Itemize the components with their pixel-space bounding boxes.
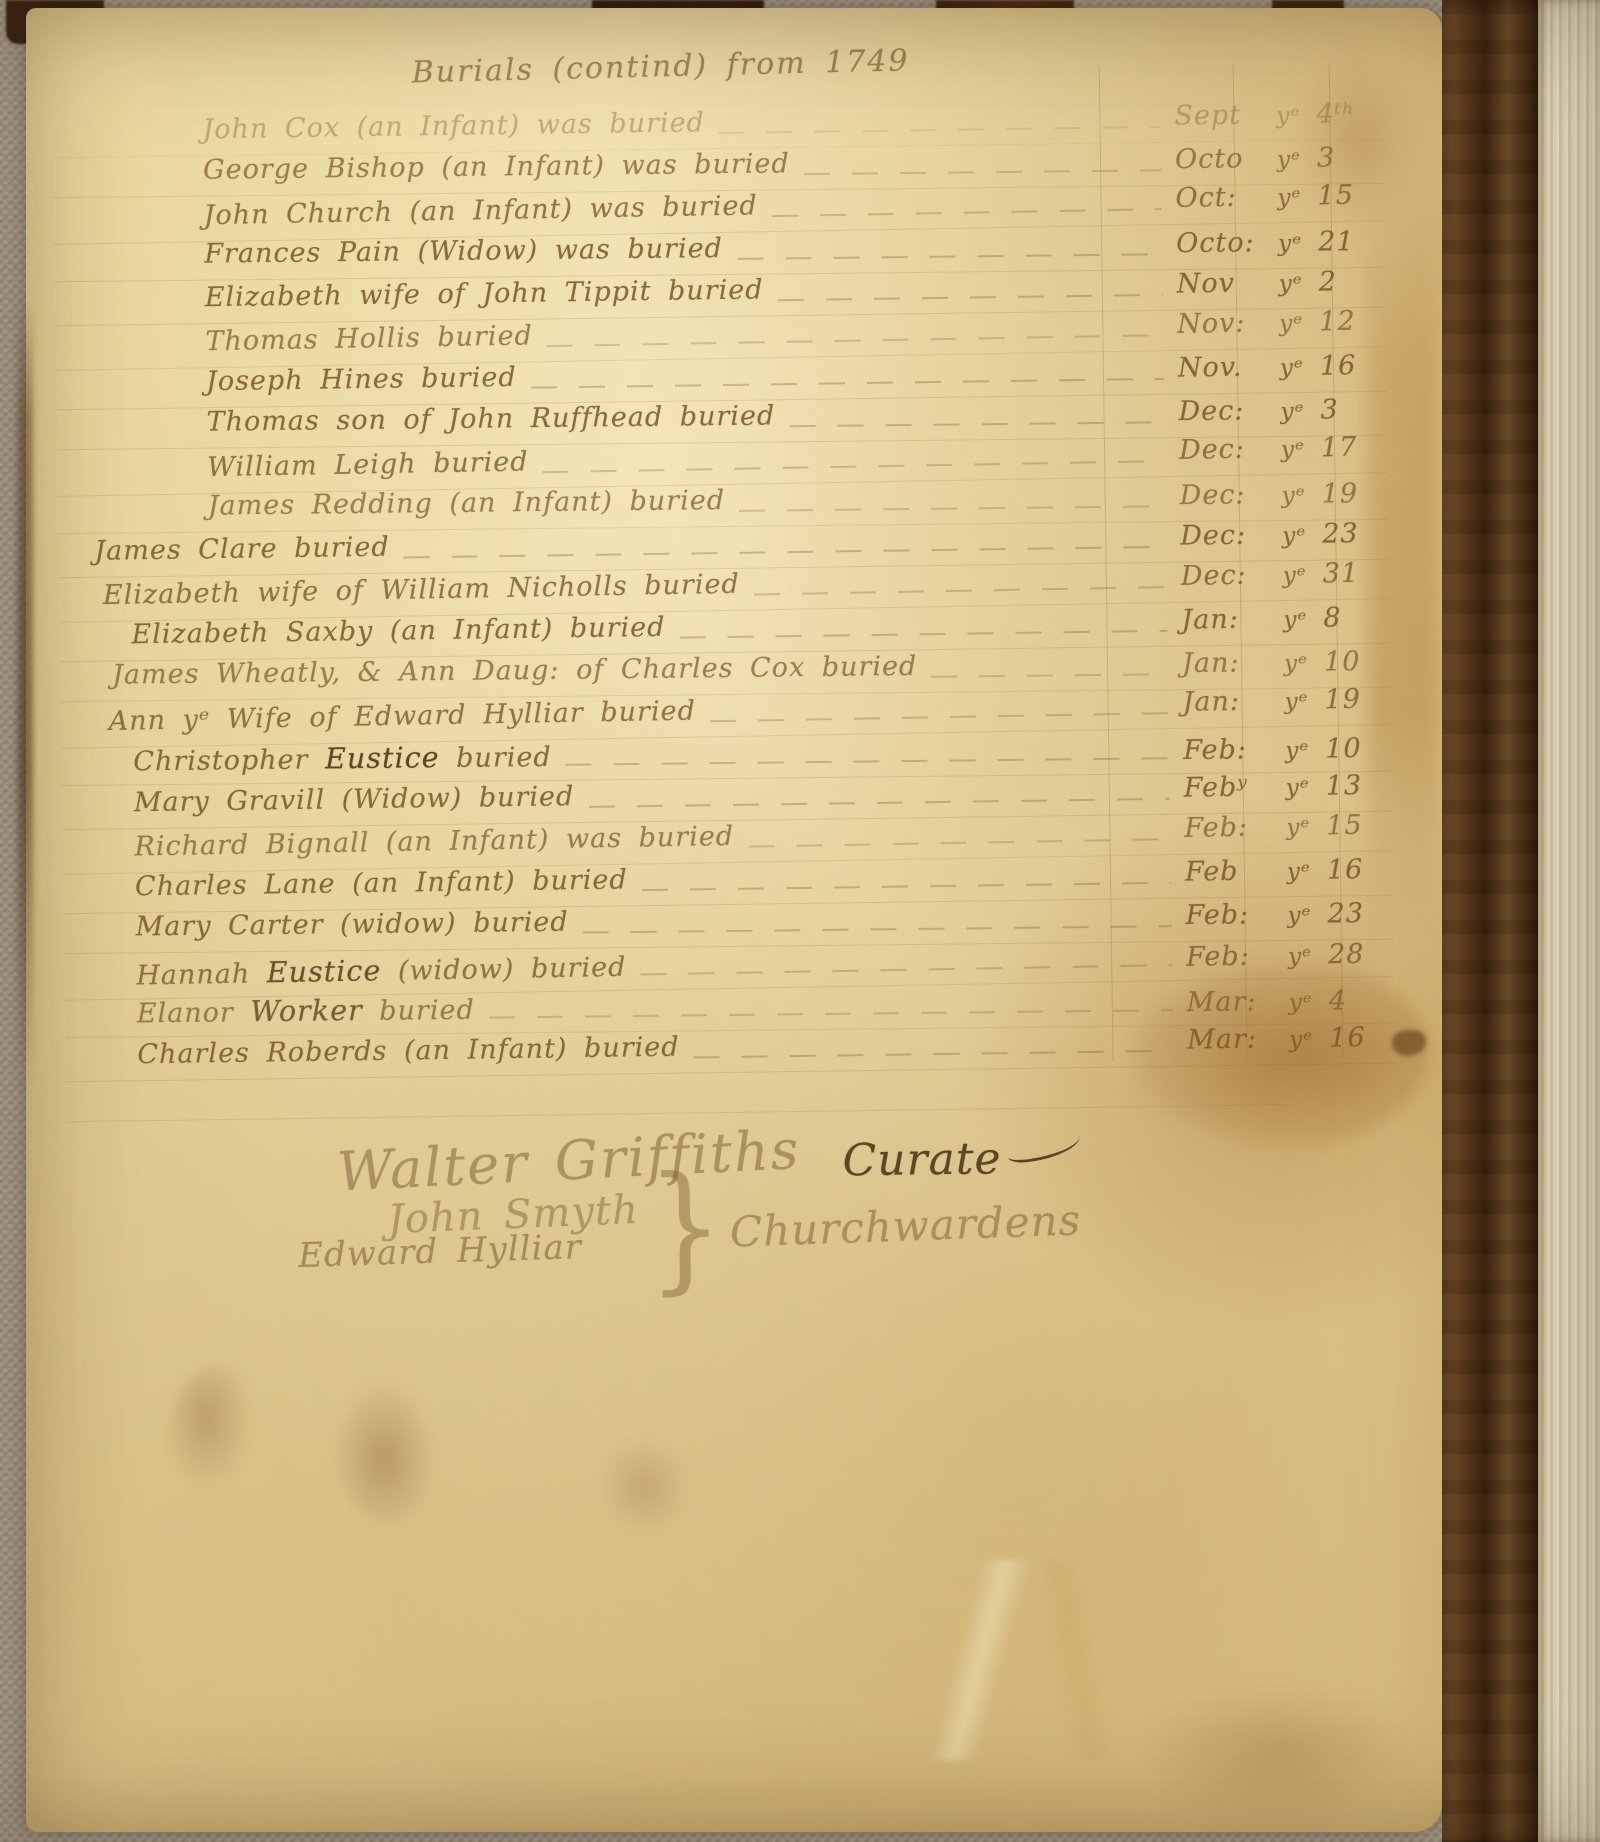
entry-day: 2 [1319, 266, 1385, 298]
entry-name: Elizabeth wife of John Tippit buried [205, 274, 764, 313]
entry-dash-filler [588, 797, 1169, 807]
entry-ye-abbrev: yᵉ [1283, 562, 1323, 589]
entry-name: Elanor Worker buried [137, 992, 475, 1030]
churchwarden-signature: Edward Hylliar [298, 1225, 640, 1276]
brace-glyph: } [646, 1166, 725, 1291]
entry-dash-filler [719, 125, 1161, 133]
entry-name: Christopher Eustice buried [133, 739, 552, 778]
entry-ye-abbrev: yᵉ [1277, 184, 1317, 211]
entry-month: Jan: [1181, 603, 1283, 635]
entry-ye-abbrev: yᵉ [1282, 523, 1322, 550]
curate-title: Curate [842, 1133, 1002, 1186]
overwritten-word: Eustice [325, 740, 440, 775]
entry-dash-filler [931, 673, 1168, 678]
entry-month: Dec: [1179, 433, 1282, 466]
burial-register: John Cox (an Infant) was buriedSeptyᵉ4ᵗʰ… [52, 98, 1395, 1082]
entry-dash-filler [547, 334, 1164, 347]
entry-name: Joseph Hines buried [206, 362, 517, 397]
entry-dash-filler [543, 460, 1166, 473]
entry-ye-abbrev: yᵉ [1285, 738, 1325, 764]
entry-day: 19 [1322, 478, 1388, 510]
entry-name: William Leigh buried [207, 446, 529, 483]
entry-day: 16 [1329, 1022, 1395, 1054]
entry-ye-abbrev: yᵉ [1282, 483, 1322, 509]
entry-ye-abbrev: yᵉ [1279, 271, 1319, 298]
entry-name: Thomas Hollis buried [205, 320, 533, 357]
entry-ye-abbrev: yᵉ [1280, 399, 1320, 425]
overwritten-word: Worker [250, 993, 363, 1028]
entry-day: 16 [1327, 854, 1393, 886]
entry-ye-abbrev: yᵉ [1284, 651, 1324, 677]
entry-day: 3 [1320, 394, 1386, 426]
entry-day: 3 [1317, 142, 1383, 174]
entry-ye-abbrev: yᵉ [1281, 436, 1321, 463]
entry-name: John Cox (an Infant) was buried [202, 107, 705, 145]
entry-ye-abbrev: yᵉ [1287, 902, 1327, 928]
entry-ye-abbrev: yᵉ [1286, 775, 1326, 802]
entry-month: Feb [1185, 855, 1287, 887]
page-content: Burials (contind) from 1749 John Cox (an… [51, 37, 1398, 1291]
entry-month: Feb: [1186, 940, 1289, 973]
entry-day: 16 [1320, 350, 1386, 382]
entry-dash-filler [642, 881, 1171, 890]
entry-month: Oct: [1175, 181, 1278, 214]
entry-day: 28 [1328, 938, 1395, 970]
entry-month: Febʸ [1184, 771, 1286, 803]
entry-name: James Redding (an Infant) buried [208, 485, 726, 522]
entry-name: Mary Gravill (Widow) buried [134, 781, 575, 818]
entry-month: Mar: [1187, 986, 1289, 1018]
entry-name: George Bishop (an Infant) was buried [203, 148, 790, 185]
entry-name: James Clare buried [94, 532, 390, 567]
entry-name: Ann yᵉ Wife of Edward Hylliar buried [108, 696, 696, 737]
churchwardens-label: Churchwardens [730, 1195, 1083, 1256]
entry-dash-filler [789, 421, 1164, 427]
entry-dash-filler [641, 964, 1173, 975]
entry-day: 12 [1319, 305, 1386, 337]
entry-dash-filler [583, 925, 1172, 933]
entry-day: 4 [1329, 985, 1395, 1017]
entry-ye-abbrev: yᵉ [1278, 231, 1318, 257]
entry-day: 19 [1324, 683, 1391, 715]
entry-ye-abbrev: yᵉ [1279, 310, 1319, 337]
entry-dash-filler [694, 1049, 1174, 1058]
entry-day: 10 [1325, 733, 1391, 765]
entry-ye-abbrev: yᵉ [1289, 989, 1329, 1015]
entry-name: Hannah Eustice (widow) buried [136, 949, 627, 992]
entry-month: Jan: [1182, 647, 1284, 679]
entry-day: 23 [1327, 898, 1393, 930]
entry-dash-filler [772, 208, 1162, 217]
entry-month: Jan: [1182, 685, 1285, 718]
entry-name: Charles Roberds (an Infant) buried [137, 1032, 680, 1071]
entry-month: Feb: [1185, 899, 1287, 931]
entry-dash-filler [404, 545, 1167, 558]
entry-name: Charles Lane (an Infant) buried [135, 864, 628, 902]
entry-day: 15 [1326, 809, 1393, 841]
entry-ye-abbrev: yᵉ [1284, 688, 1324, 715]
entry-name: Thomas son of John Ruffhead buried [206, 400, 775, 437]
entry-ye-abbrev: yᵉ [1283, 607, 1323, 634]
entry-month: Dec: [1180, 519, 1282, 551]
entry-day: 10 [1324, 646, 1390, 678]
entry-month: Octo: [1176, 227, 1278, 259]
entry-name: Elizabeth Saxby (an Infant) buried [131, 612, 665, 650]
entry-ye-abbrev: yᵉ [1280, 355, 1320, 382]
entry-ye-abbrev: yᵉ [1289, 1027, 1329, 1054]
signature-block: Walter Griffiths Curate John Smyth Edwar… [67, 1118, 1399, 1292]
entry-dash-filler [778, 293, 1163, 300]
entry-month: Dec: [1181, 559, 1284, 592]
entry-ye-abbrev: yᵉ [1277, 147, 1317, 173]
entry-month: Nov. [1178, 351, 1280, 383]
entry-month: Nov [1177, 267, 1279, 299]
entry-day: 13 [1326, 770, 1392, 802]
entry-day: 23 [1322, 518, 1388, 550]
entry-dash-filler [680, 629, 1168, 638]
overwritten-word: Eustice [266, 953, 381, 989]
entry-day: 31 [1322, 557, 1389, 589]
entry-ye-abbrev: yᵉ [1287, 859, 1327, 886]
entry-month: Nov: [1177, 307, 1280, 340]
entry-dash-filler [566, 757, 1170, 766]
entry-name: Mary Carter (widow) buried [135, 907, 568, 943]
entry-day: 8 [1323, 602, 1389, 634]
next-page-edge [1538, 0, 1600, 1842]
entry-month: Feb: [1184, 811, 1287, 844]
entry-name: John Church (an Infant) was buried [203, 190, 758, 231]
entry-day: 21 [1318, 226, 1384, 258]
entry-dash-filler [739, 505, 1166, 512]
entry-dash-filler [531, 377, 1164, 388]
entry-name: Frances Pain (Widow) was buried [204, 233, 723, 270]
pen-flourish [1005, 1128, 1082, 1165]
entry-ye-abbrev: yᵉ [1276, 103, 1316, 130]
entry-day: 15 [1317, 179, 1384, 211]
entry-month: Mar: [1187, 1023, 1289, 1055]
entry-dash-filler [748, 838, 1170, 848]
entry-dash-filler [710, 712, 1169, 722]
entry-month: Dec: [1180, 479, 1282, 511]
entry-dash-filler [754, 586, 1167, 595]
entry-month: Sept [1174, 99, 1276, 131]
entry-ye-abbrev: yᵉ [1288, 943, 1328, 970]
page-edge-shadow [18, 300, 33, 1090]
entry-month: Feb: [1183, 734, 1285, 766]
entry-month: Octo [1175, 143, 1277, 175]
book-gutter [1442, 0, 1538, 1842]
entry-dash-filler [489, 1009, 1173, 1018]
entry-day: 4ᵗʰ [1316, 98, 1382, 130]
entry-ye-abbrev: yᵉ [1286, 814, 1326, 841]
entry-day: 17 [1321, 431, 1388, 463]
register-photo: Burials (contind) from 1749 John Cox (an… [0, 0, 1600, 1842]
entry-month: Dec: [1178, 395, 1280, 427]
entry-dash-filler [804, 169, 1161, 175]
entry-dash-filler [737, 253, 1162, 260]
